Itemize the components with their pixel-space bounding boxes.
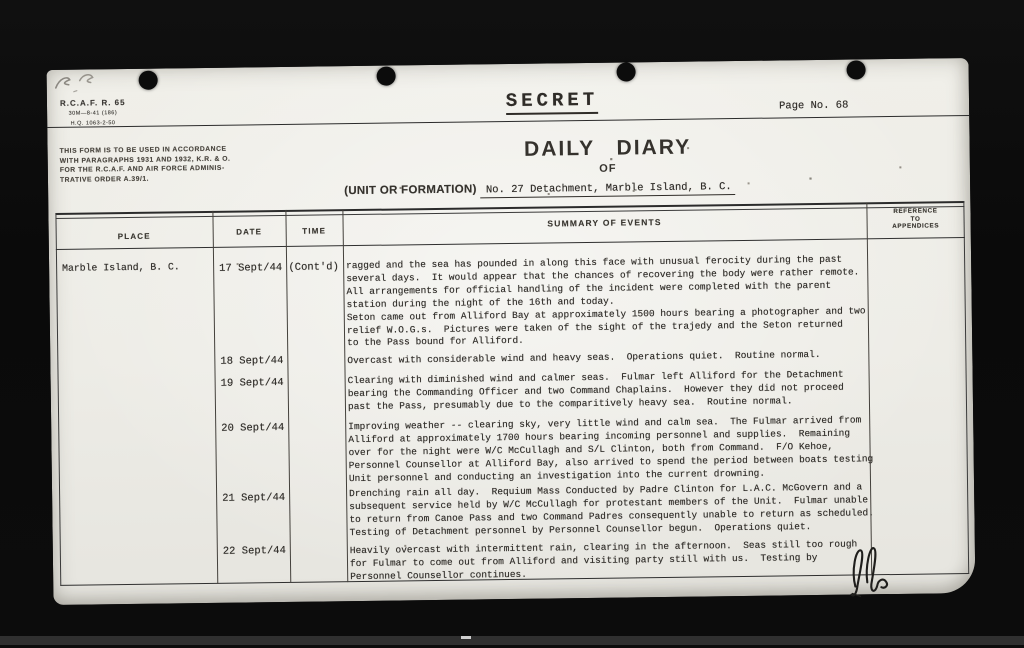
column-divider [212, 211, 218, 584]
paper-speckles [47, 70, 48, 71]
classification-stamp: SECRET [452, 88, 652, 113]
entry-date: 17 Sept/44 (Cont'd) [219, 261, 339, 275]
scan-edge-strip [0, 636, 1024, 645]
header-rule [47, 115, 969, 128]
entry-summary: Overcast with considerable wind and heav… [347, 349, 820, 368]
scanner-background: R.C.A.F. R. 65 30M—8-41 (186) H.Q. 1063-… [0, 0, 1024, 648]
unit-line: (UNIT OR FORMATION) No. 27 Detachment, M… [344, 180, 735, 198]
column-header-reference: REFERENCE TO APPENDICES [866, 207, 964, 231]
diary-table: PLACE DATE TIME SUMMARY OF EVENTS REFERE… [55, 201, 969, 586]
scan-edge-mark [461, 636, 471, 639]
form-number: R.C.A.F. R. 65 [60, 99, 126, 108]
form-print-code: 30M—8-41 (186) [60, 109, 126, 118]
table-right-border [963, 201, 969, 574]
punch-hole [846, 60, 865, 79]
unit-value: No. 27 Detachment, Marble Island, B. C. [480, 181, 735, 198]
punch-hole [616, 62, 635, 81]
unit-label: (UNIT OR FORMATION) [344, 183, 477, 197]
document-page: R.C.A.F. R. 65 30M—8-41 (186) H.Q. 1063-… [47, 58, 976, 605]
entry-date: 19 Sept/44 [221, 377, 284, 390]
form-instructions: THIS FORM IS TO BE USED IN ACCORDANCE WI… [60, 145, 231, 185]
column-header-time: TIME [286, 226, 343, 236]
punch-hole [139, 71, 158, 90]
page-number: Page No. 68 [779, 100, 848, 113]
form-title: DAILY DIARY [367, 134, 847, 164]
column-header-summary: SUMMARY OF EVENTS [343, 214, 867, 231]
entry-date: 20 Sept/44 [221, 422, 284, 435]
classification-text: SECRET [506, 89, 599, 115]
entry-summary: Heavily overcast with intermittent rain,… [350, 538, 858, 583]
place-value: Marble Island, B. C. [62, 261, 180, 274]
form-number-block: R.C.A.F. R. 65 30M—8-41 (186) H.Q. 1063-… [60, 99, 126, 128]
entry-date: 22 Sept/44 [223, 545, 286, 558]
punch-hole [377, 66, 396, 85]
entry-date: 21 Sept/44 [222, 492, 285, 505]
column-header-place: PLACE [56, 231, 213, 242]
entry-summary: Drenching rain all day. Requium Mass Con… [349, 481, 874, 539]
entry-date: 18 Sept/44 [220, 355, 283, 368]
pencil-scribble [52, 69, 104, 101]
entry-summary: Clearing with diminished wind and calmer… [348, 369, 844, 414]
table-left-border [55, 213, 61, 586]
handwritten-initials [843, 540, 896, 604]
entry-summary: ragged and the sea has pounded in along … [346, 253, 866, 350]
entry-summary: Improving weather -- clearing sky, very … [348, 414, 873, 485]
column-header-date: DATE [213, 227, 286, 237]
